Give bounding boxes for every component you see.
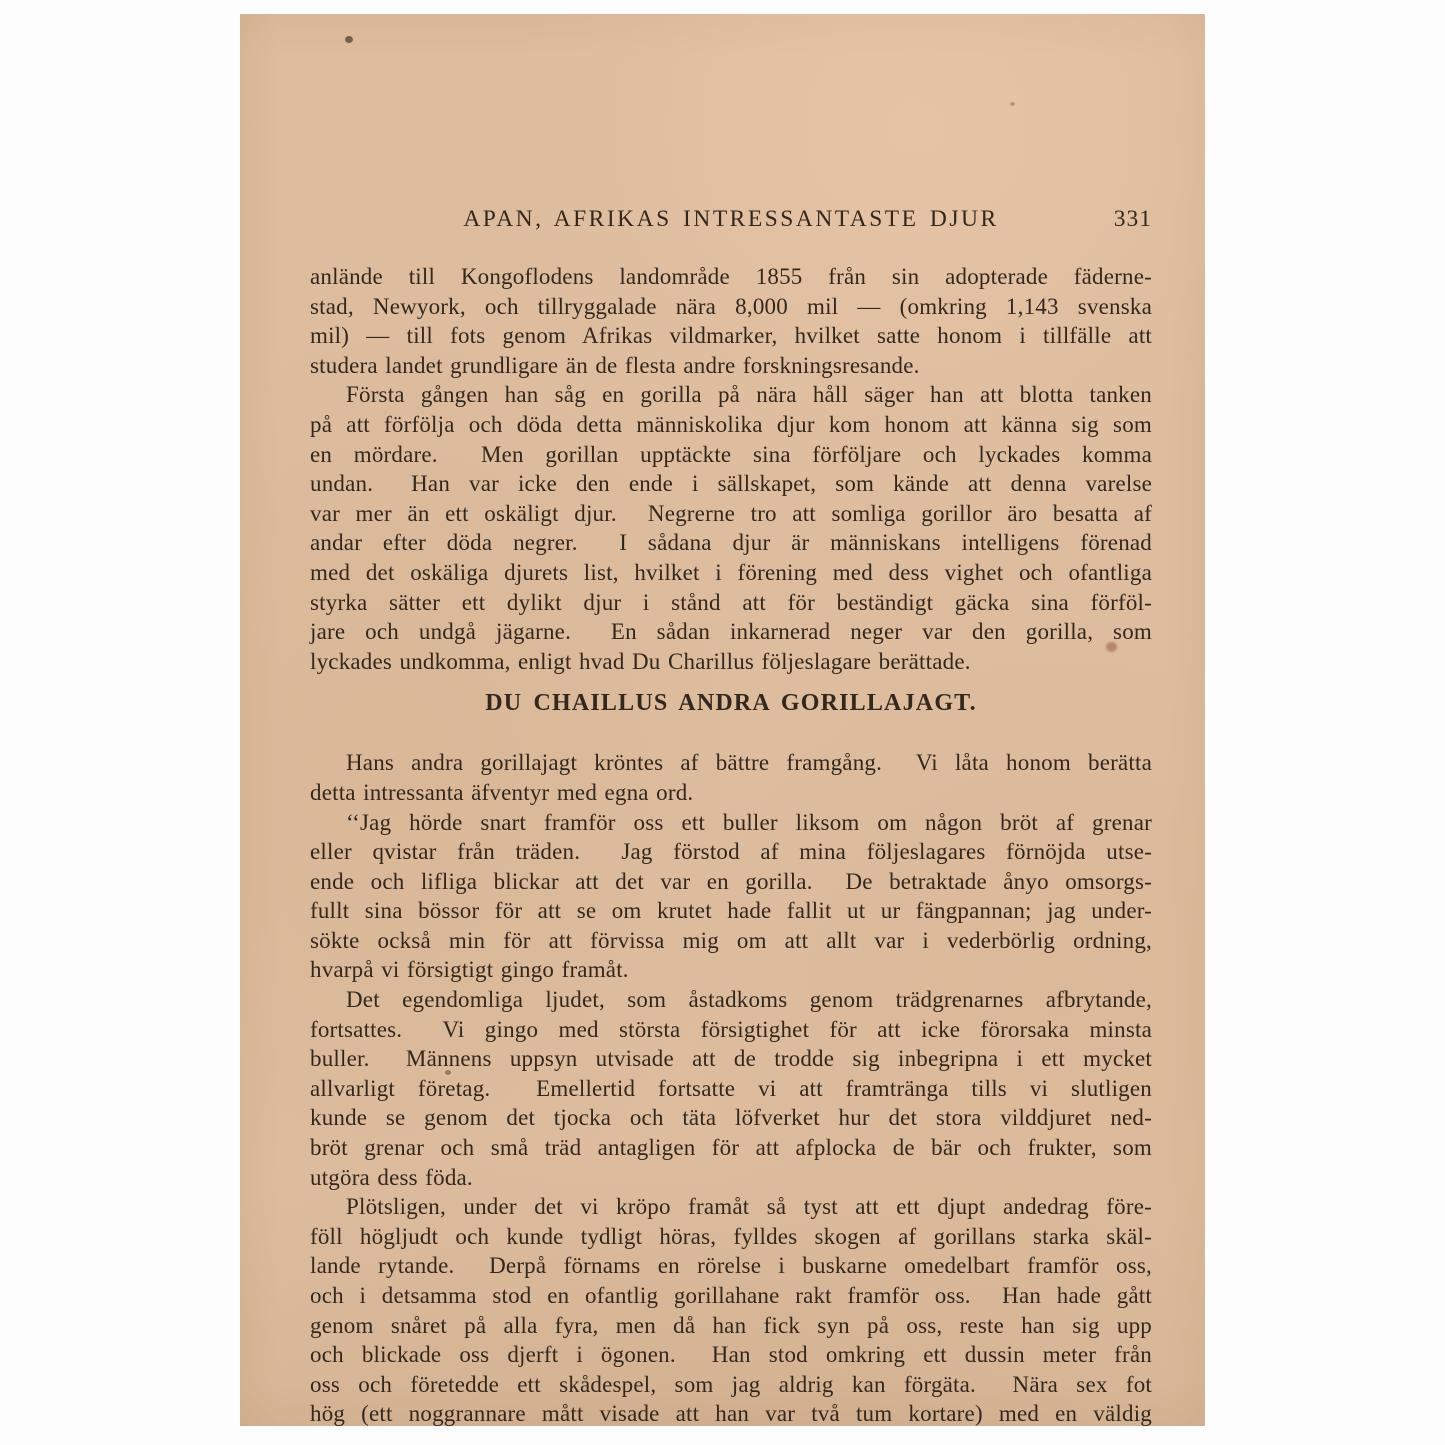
text-line: jare och undgå jägarne. En sådan inkarne… — [310, 617, 1152, 647]
text-line: eller qvistar från träden. Jag förstod a… — [310, 837, 1152, 867]
paragraph: Första gången han såg en gorilla på nära… — [310, 380, 1152, 676]
running-head-title: APAN, AFRIKAS INTRESSANTASTE DJUR — [310, 206, 1152, 233]
text-line: med det oskäliga djurets list, hvilket i… — [310, 558, 1152, 588]
text-line: stad, Newyork, och tillryggalade nära 8,… — [310, 292, 1152, 322]
text-line: undan. Han var icke den ende i sällskape… — [310, 469, 1152, 499]
paragraph: ‘‘Jag hörde snart framför oss ett buller… — [310, 808, 1152, 986]
text-line: hvarpå vi försigtigt gingo framåt. — [310, 955, 1152, 985]
text-line: lyckades undkomma, enligt hvad Du Charil… — [310, 647, 1152, 677]
text-line: kunde se genom det tjocka och täta löfve… — [310, 1103, 1152, 1133]
text-line: lande rytande. Derpå förnams en rörelse … — [310, 1251, 1152, 1281]
text-line: anlände till Kongoflodens landområde 185… — [310, 262, 1152, 292]
text-line: var mer än ett oskäligt djur. Negrerne t… — [310, 499, 1152, 529]
paper-speck — [1010, 102, 1015, 106]
text-line: och i detsamma stod en ofantlig gorillah… — [310, 1281, 1152, 1311]
paragraph: Hans andra gorillajagt kröntes af bättre… — [310, 748, 1152, 807]
text-line: ‘‘Jag hörde snart framför oss ett buller… — [310, 808, 1152, 838]
page-number: 331 — [1114, 206, 1152, 233]
text-line: detta intressanta äfventyr med egna ord. — [310, 778, 1152, 808]
text-line: utgöra dess föda. — [310, 1163, 1152, 1193]
paragraph: anlände till Kongoflodens landområde 185… — [310, 262, 1152, 380]
text-line: mil) — till fots genom Afrikas vildmarke… — [310, 321, 1152, 351]
text-line: Hans andra gorillajagt kröntes af bättre… — [310, 748, 1152, 778]
paragraph: Plötsligen, under det vi kröpo framåt så… — [310, 1192, 1152, 1429]
text-line: genom snåret på alla fyra, men då han fi… — [310, 1311, 1152, 1341]
book-page-scan: APAN, AFRIKAS INTRESSANTASTE DJUR 331 an… — [240, 14, 1205, 1426]
text-line: fullt sina bössor för att se om krutet h… — [310, 896, 1152, 926]
section-heading: DU CHAILLUS ANDRA GORILLAJAGT. — [310, 688, 1152, 718]
text-line: buller. Männens uppsyn utvisade att de t… — [310, 1044, 1152, 1074]
text-line: på att förfölja och döda detta människol… — [310, 410, 1152, 440]
text-line: föll högljudt och kunde tydligt höras, f… — [310, 1222, 1152, 1252]
text-line: ende och lifliga blickar att det var en … — [310, 867, 1152, 897]
text-line: fortsattes. Vi gingo med största försigt… — [310, 1015, 1152, 1045]
text-line: studera landet grundligare än de flesta … — [310, 351, 1152, 381]
scan-canvas: APAN, AFRIKAS INTRESSANTASTE DJUR 331 an… — [0, 0, 1445, 1445]
text-line: och blickade oss djerft i ögonen. Han st… — [310, 1340, 1152, 1370]
text-line: Första gången han såg en gorilla på nära… — [310, 380, 1152, 410]
text-line: styrka sätter ett dylikt djur i stånd at… — [310, 588, 1152, 618]
text-line: hög (ett noggrannare mått visade att han… — [310, 1399, 1152, 1429]
text-line: sökte också min för att förvissa mig om … — [310, 926, 1152, 956]
text-line: Det egendomliga ljudet, som åstadkoms ge… — [310, 985, 1152, 1015]
text-line: andar efter döda negrer. I sådana djur ä… — [310, 528, 1152, 558]
running-head: APAN, AFRIKAS INTRESSANTASTE DJUR 331 — [310, 206, 1152, 234]
paragraph: Det egendomliga ljudet, som åstadkoms ge… — [310, 985, 1152, 1192]
text-line: bröt grenar och små träd antagligen för … — [310, 1133, 1152, 1163]
paper-speck — [345, 36, 353, 43]
text-line: allvarligt företag. Emellertid fortsatte… — [310, 1074, 1152, 1104]
text-line: Plötsligen, under det vi kröpo framåt så… — [310, 1192, 1152, 1222]
page-text-flow: anlände till Kongoflodens landområde 185… — [310, 262, 1152, 1429]
text-line: en mördare. Men gorillan upptäckte sina … — [310, 440, 1152, 470]
text-line: oss och företedde ett skådespel, som jag… — [310, 1370, 1152, 1400]
